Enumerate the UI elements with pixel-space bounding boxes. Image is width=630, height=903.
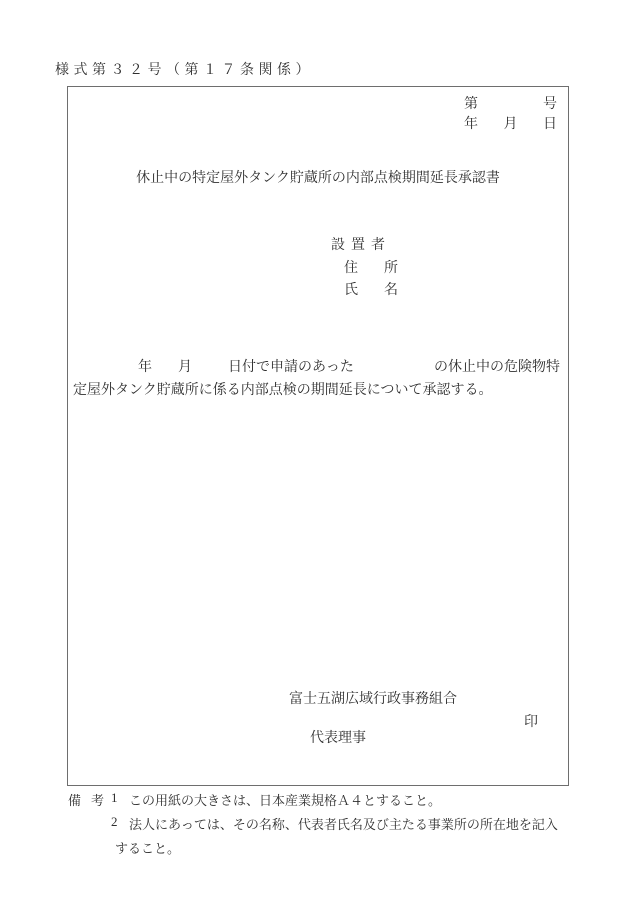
name-label: 氏 名 bbox=[344, 279, 404, 299]
body-year-label: 年 bbox=[138, 356, 152, 376]
remark-item-1-text: この用紙の大きさは、日本産業規格Ａ４とすること。 bbox=[129, 790, 441, 809]
doc-number-suffix: 号 bbox=[543, 93, 557, 113]
seal-mark: 印 bbox=[524, 711, 538, 731]
signature-title: 代表理事 bbox=[310, 731, 366, 746]
doc-number-line: 第 号 bbox=[464, 93, 557, 113]
date-month-label: 月 bbox=[504, 113, 518, 133]
date-day-label: 日 bbox=[543, 113, 557, 133]
remark-item-2-continuation: すること。 bbox=[115, 838, 180, 857]
document-border-box: 第 号 年 月 日 休止中の特定屋外タンク貯蔵所の内部点検期間延長承認書 設置者… bbox=[67, 86, 569, 786]
date-year-label: 年 bbox=[464, 113, 478, 133]
remark-item-2-number: 2 bbox=[111, 814, 118, 830]
signature-title-line: 代表理事 印 bbox=[289, 711, 538, 779]
document-title: 休止中の特定屋外タンク貯蔵所の内部点検期間延長承認書 bbox=[68, 167, 568, 187]
signature-organization: 富士五湖広域行政事務組合 bbox=[289, 688, 457, 708]
body-month-label: 月 bbox=[178, 356, 192, 376]
document-page: 様式第３２号（第１７条関係） 第 号 年 月 日 休止中の特定屋外タンク貯蔵所の… bbox=[0, 0, 630, 903]
body-paragraph-line1: 年 月 日付で申請のあった の休止中の危険物特 bbox=[68, 356, 568, 374]
installer-heading: 設置者 bbox=[331, 234, 391, 254]
body-paragraph-line2: 定屋外タンク貯蔵所に係る内部点検の期間延長について承認する。 bbox=[73, 379, 492, 399]
remark-item-1-number: 1 bbox=[111, 790, 118, 806]
body-after-day-text: 日付で申請のあった bbox=[228, 356, 354, 376]
address-label: 住 所 bbox=[344, 257, 404, 277]
doc-number-prefix: 第 bbox=[464, 93, 478, 113]
doc-date-line: 年 月 日 bbox=[464, 113, 557, 133]
body-right-segment: の休止中の危険物特 bbox=[434, 356, 560, 376]
form-number-label: 様式第３２号（第１７条関係） bbox=[55, 59, 314, 79]
remark-item-2-text: 法人にあっては、その名称、代表者氏名及び主たる事業所の所在地を記入 bbox=[129, 814, 558, 833]
remarks-label: 備考 bbox=[68, 790, 114, 809]
